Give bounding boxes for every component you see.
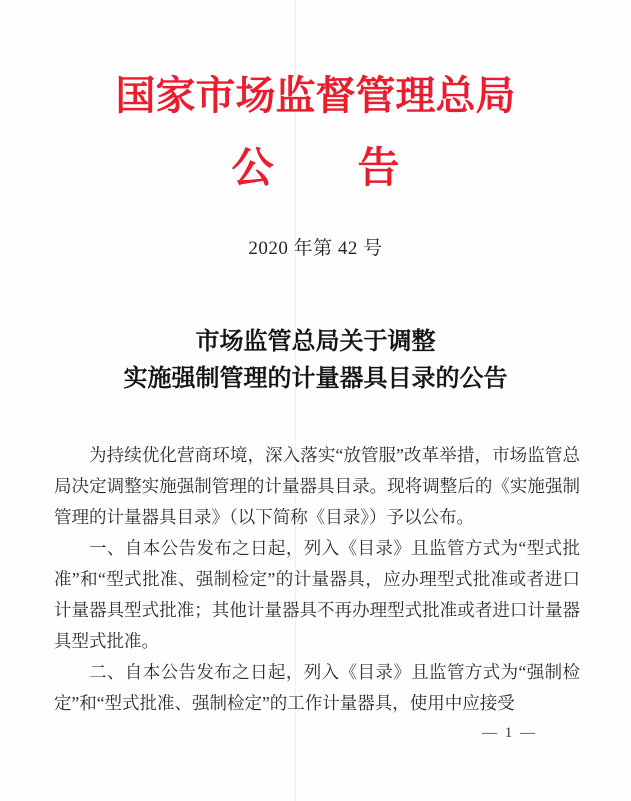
scanned-document-page: 国家市场监督管理总局 公 告 2020 年第 42 号 市场监管总局关于调整 实… — [0, 0, 631, 801]
doc-number: 2020 年第 42 号 — [0, 233, 631, 260]
notice-type-title: 公 告 — [0, 135, 631, 195]
agency-title: 国家市场监督管理总局 — [0, 64, 631, 121]
paragraph-item-1: 一、自本公告发布之日起，列入《目录》且监管方式为“型式批准”和“型式批准、强制检… — [54, 533, 580, 657]
document-title: 市场监管总局关于调整 实施强制管理的计量器具目录的公告 — [0, 324, 631, 398]
paragraph-intro: 为持续优化营商环境，深入落实“放管服”改革举措，市场监管总局决定调整实施强制管理… — [54, 440, 580, 533]
paragraph-item-2: 二、自本公告发布之日起，列入《目录》且监管方式为“强制检定”和“型式批准、强制检… — [54, 657, 580, 719]
page-number: — 1 — — [482, 725, 537, 742]
document-title-line1: 市场监管总局关于调整 — [0, 324, 631, 361]
document-title-line2: 实施强制管理的计量器具目录的公告 — [0, 361, 631, 398]
body-text: 为持续优化营商环境，深入落实“放管服”改革举措，市场监管总局决定调整实施强制管理… — [54, 440, 580, 719]
